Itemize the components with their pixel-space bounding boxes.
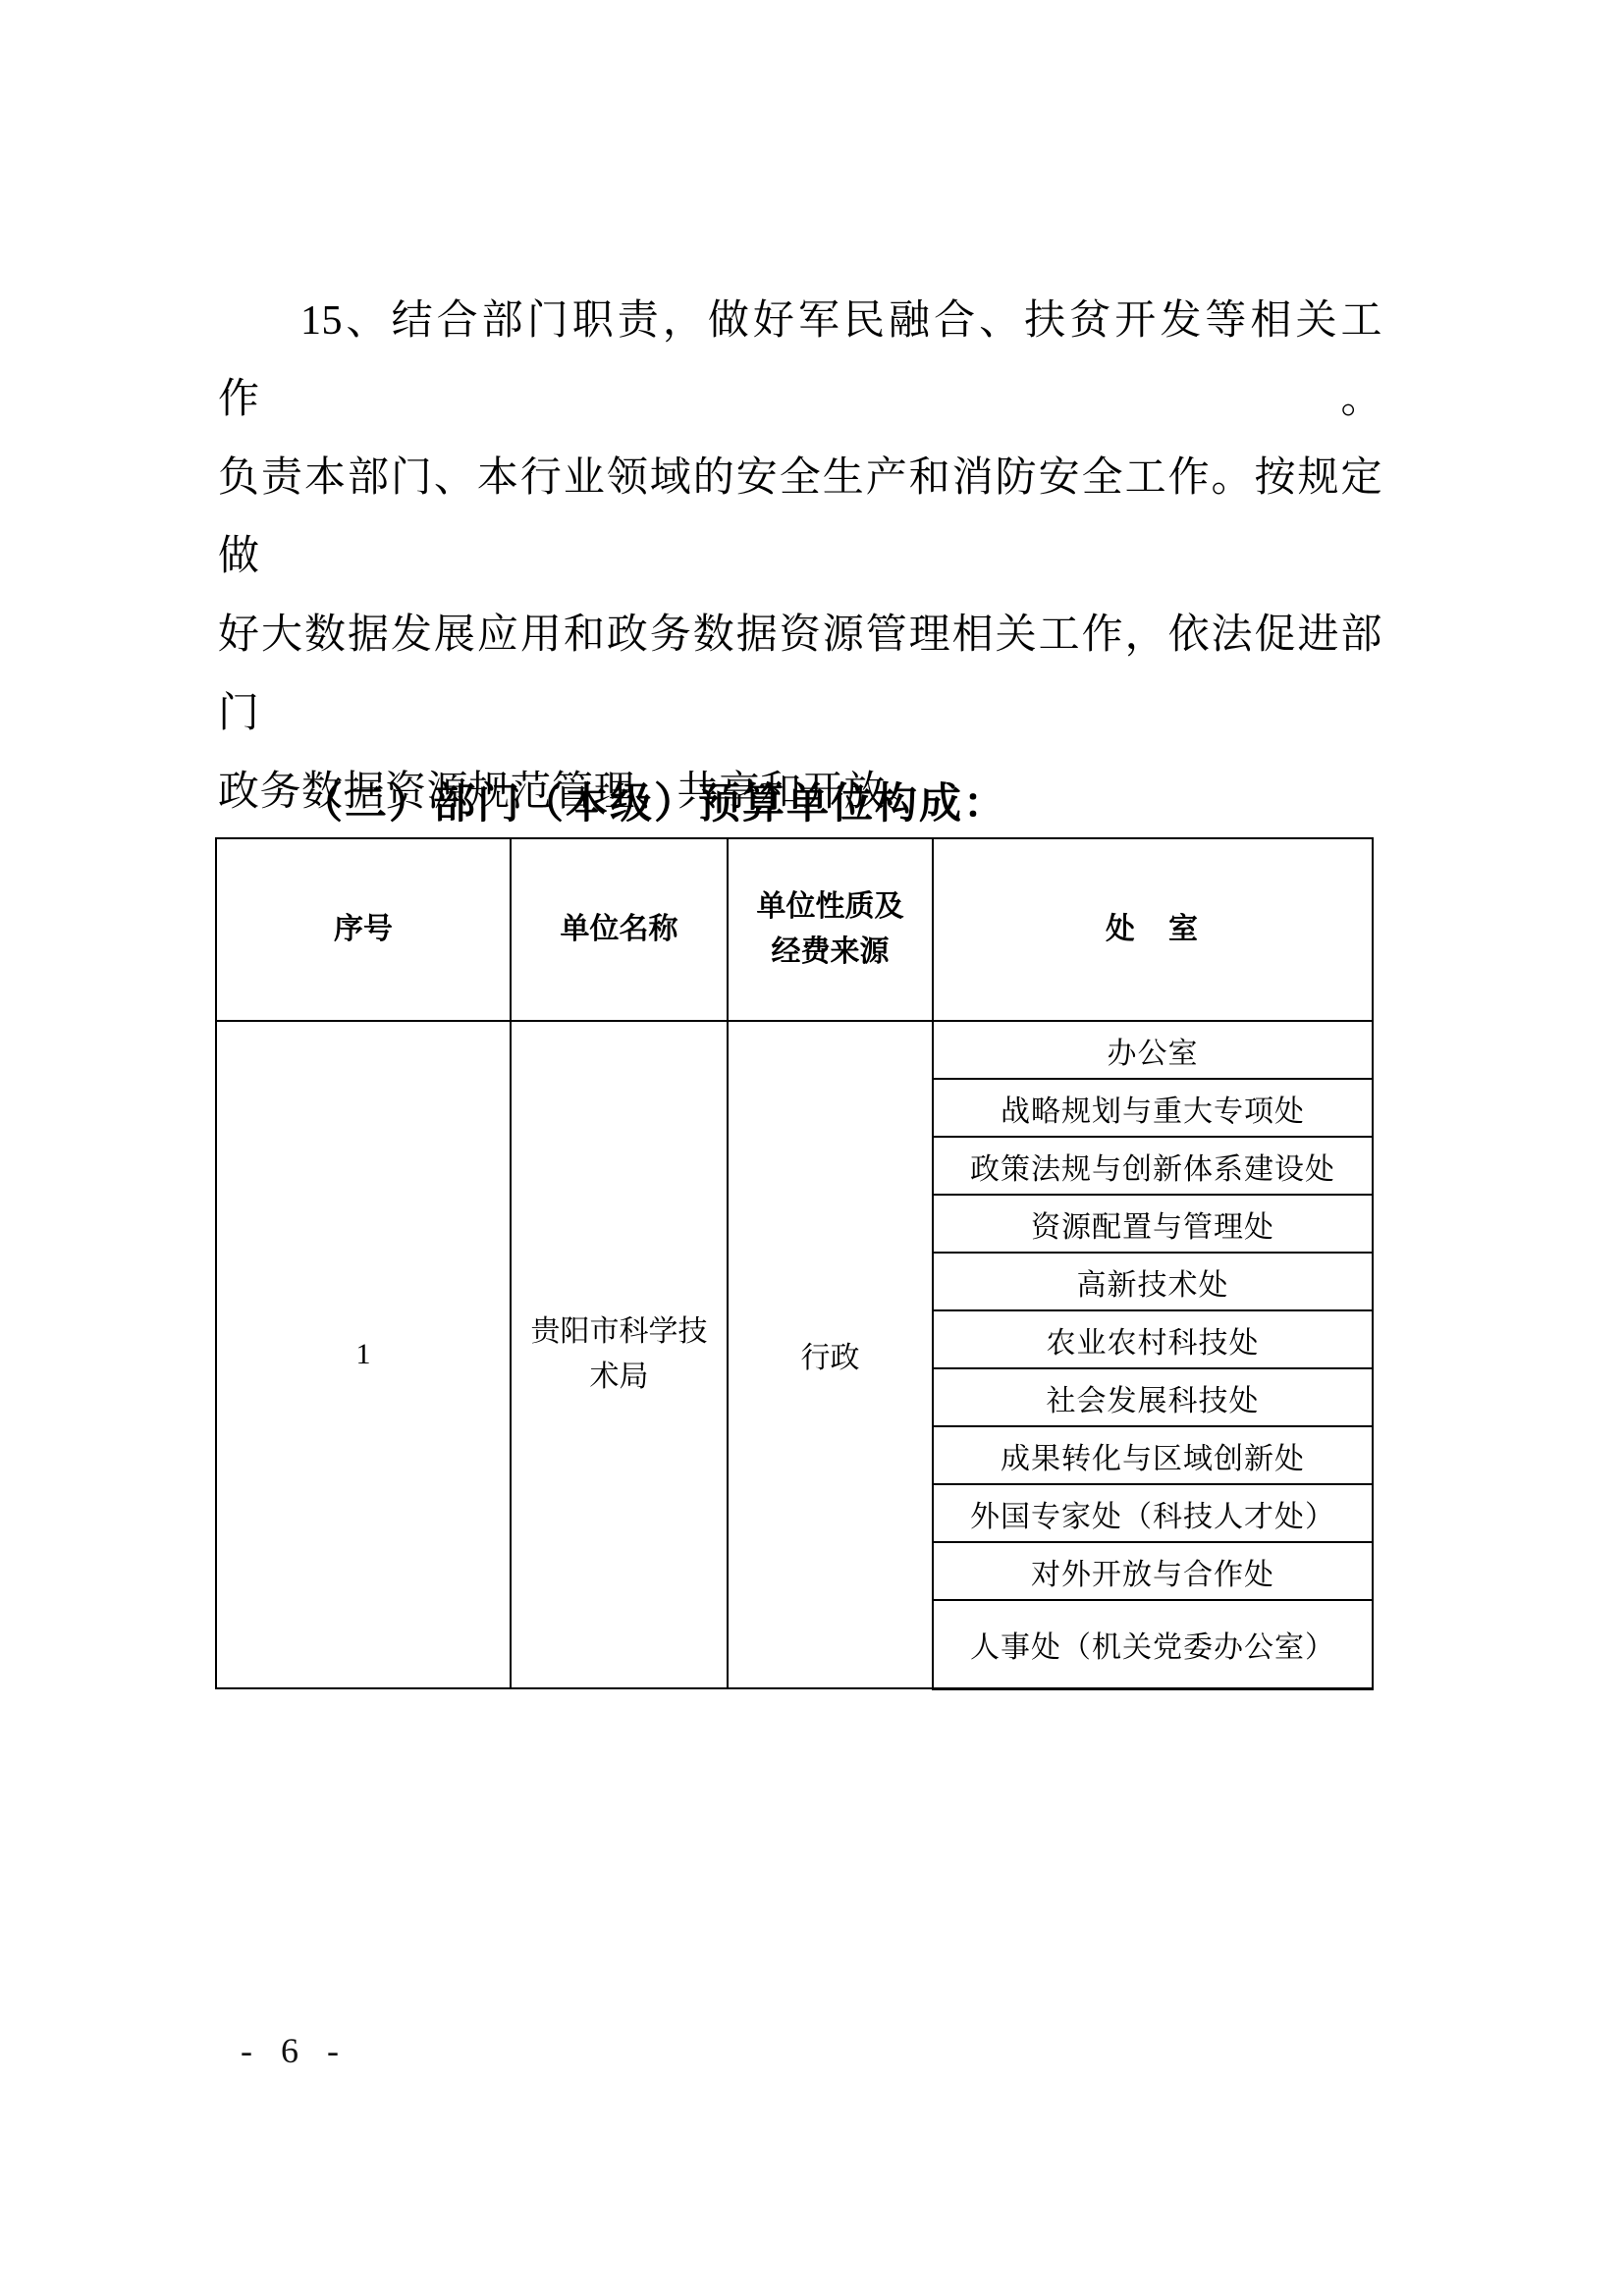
cell-department: 社会发展科技处	[933, 1368, 1373, 1426]
paragraph-15-line-1: 15、结合部门职责，做好军民融合、扶贫开发等相关工作。	[218, 282, 1382, 439]
cell-department: 对外开放与合作处	[933, 1542, 1373, 1600]
paragraph-15-line-2: 负责本部门、本行业领域的安全生产和消防安全工作。按规定做	[218, 439, 1382, 596]
table-row: 1 贵阳市科学技 术局 行政 办公室	[216, 1021, 1373, 1079]
cell-department: 资源配置与管理处	[933, 1195, 1373, 1253]
page-number: - 6 -	[241, 2030, 349, 2071]
cell-unit-name: 贵阳市科学技 术局	[511, 1021, 728, 1688]
cell-department: 战略规划与重大专项处	[933, 1079, 1373, 1137]
cell-department: 农业农村科技处	[933, 1310, 1373, 1368]
cell-department: 成果转化与区域创新处	[933, 1426, 1373, 1484]
cell-department: 办公室	[933, 1021, 1373, 1079]
cell-department: 外国专家处（科技人才处）	[933, 1484, 1373, 1542]
cell-department: 政策法规与创新体系建设处	[933, 1137, 1373, 1195]
col-header-unit-type-funding: 单位性质及 经费来源	[728, 838, 933, 1021]
cell-unit-type: 行政	[728, 1021, 933, 1688]
table-header-row: 序号 单位名称 单位性质及 经费来源 处 室	[216, 838, 1373, 1021]
budget-units-table: 序号 单位名称 单位性质及 经费来源 处 室 1 贵阳市科学技 术局 行政 办公…	[215, 837, 1374, 1690]
paragraph-15-line-3: 好大数据发展应用和政务数据资源管理相关工作，依法促进部门	[218, 596, 1382, 753]
col-header-departments: 处 室	[933, 838, 1373, 1021]
col-header-index: 序号	[216, 838, 511, 1021]
section-heading: （二）部门（本级）预算单位构成：	[218, 766, 1382, 844]
cell-department: 高新技术处	[933, 1253, 1373, 1310]
document-page: 15、结合部门职责，做好军民融合、扶贫开发等相关工作。 负责本部门、本行业领域的…	[0, 0, 1624, 2296]
cell-department: 人事处（机关党委办公室）	[933, 1600, 1373, 1688]
col-header-unit-name: 单位名称	[511, 838, 728, 1021]
cell-index: 1	[216, 1021, 511, 1688]
